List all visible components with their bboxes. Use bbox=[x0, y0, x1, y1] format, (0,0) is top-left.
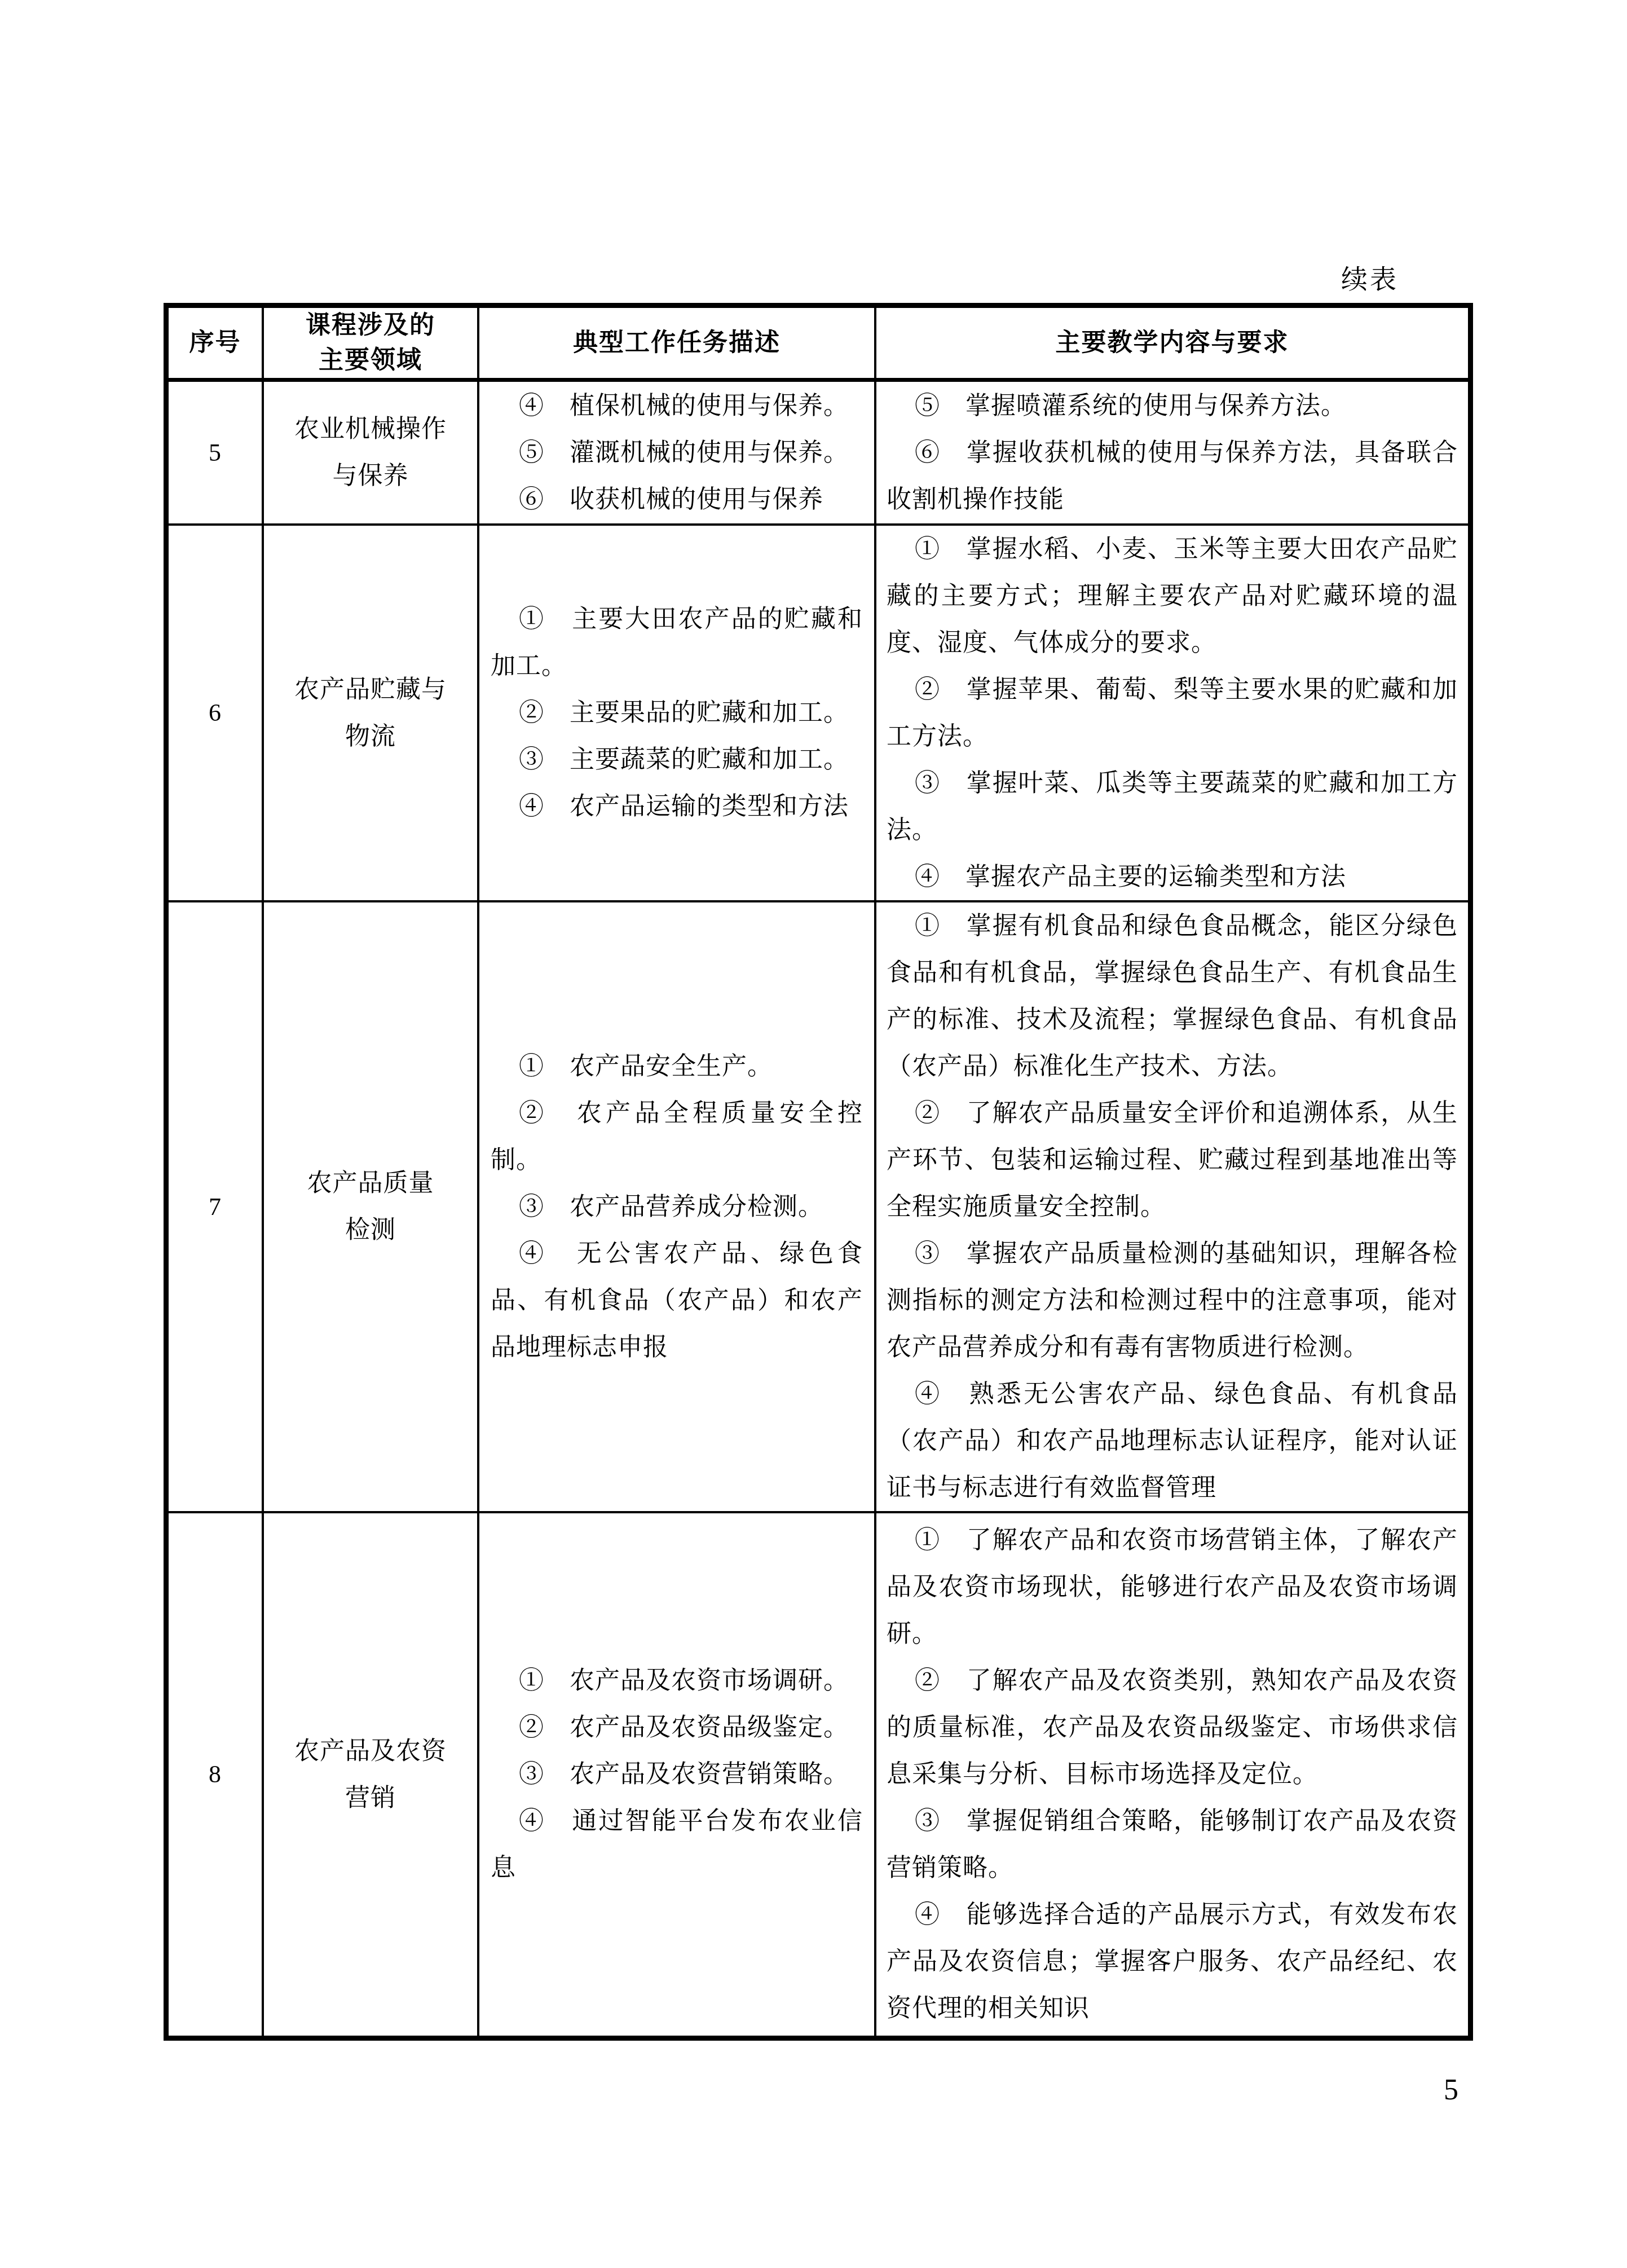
task-item: ③ 主要蔬菜的贮藏和加工。 bbox=[479, 736, 874, 783]
task-item: ④ 无公害农产品、绿色食品、有机食品（农产品）和农产品地理标志申报 bbox=[479, 1230, 874, 1371]
table-row-6: 6 农产品贮藏与 物流 ① 主要大田农产品的贮藏和加工。 ② 主要果品的贮藏和加… bbox=[166, 525, 1471, 901]
column-header-tasks: 典型工作任务描述 bbox=[478, 306, 875, 380]
content-item: ② 了解农产品及农资类别，熟知农产品及农资的质量标准，农产品及农资品级鉴定、市场… bbox=[876, 1657, 1468, 1798]
document-page: 续表 序号 课程涉及的 主要领域 典型工作任务描述 主要教学内容与要求 5 农业… bbox=[0, 0, 1627, 2268]
row-index-cell: 7 bbox=[166, 901, 263, 1512]
content-item: ④ 熟悉无公害农产品、绿色食品、有机食品（农产品）和农产品地理标志认证程序，能对… bbox=[876, 1371, 1468, 1511]
content-item: ⑥ 掌握收获机械的使用与保养方法，具备联合收割机操作技能 bbox=[876, 429, 1468, 523]
row-index-cell: 5 bbox=[166, 380, 263, 525]
content-cell: ① 掌握有机食品和绿色食品概念，能区分绿色食品和有机食品，掌握绿色食品生产、有机… bbox=[875, 901, 1471, 1512]
content-cell: ⑤ 掌握喷灌系统的使用与保养方法。 ⑥ 掌握收获机械的使用与保养方法，具备联合收… bbox=[875, 380, 1471, 525]
task-item: ④ 通过智能平台发布农业信息 bbox=[479, 1798, 874, 1891]
domain-line: 与保养 bbox=[264, 452, 477, 499]
task-item: ④ 植保机械的使用与保养。 bbox=[479, 382, 874, 429]
column-header-domain-line2: 主要领域 bbox=[264, 343, 477, 378]
task-item: ① 农产品及农资市场调研。 bbox=[479, 1657, 874, 1704]
table-row-8: 8 农产品及农资 营销 ① 农产品及农资市场调研。 ② 农产品及农资品级鉴定。 … bbox=[166, 1512, 1471, 2038]
course-table: 序号 课程涉及的 主要领域 典型工作任务描述 主要教学内容与要求 5 农业机械操… bbox=[164, 303, 1473, 2041]
content-item: ② 了解农产品质量安全评价和追溯体系，从生产环节、包装和运输过程、贮藏过程到基地… bbox=[876, 1090, 1468, 1230]
task-item: ④ 农产品运输的类型和方法 bbox=[479, 783, 874, 830]
content-item: ③ 掌握促销组合策略，能够制订农产品及农资营销策略。 bbox=[876, 1798, 1468, 1891]
tasks-cell: ④ 植保机械的使用与保养。 ⑤ 灌溉机械的使用与保养。 ⑥ 收获机械的使用与保养 bbox=[478, 380, 875, 525]
domain-line: 农产品及农资 bbox=[264, 1728, 477, 1774]
table-header-row: 序号 课程涉及的 主要领域 典型工作任务描述 主要教学内容与要求 bbox=[166, 306, 1471, 380]
domain-line: 农产品贮藏与 bbox=[264, 666, 477, 713]
task-item: ② 农产品全程质量安全控制。 bbox=[479, 1090, 874, 1183]
content-item: ③ 掌握叶菜、瓜类等主要蔬菜的贮藏和加工方法。 bbox=[876, 760, 1468, 853]
content-item: ④ 掌握农产品主要的运输类型和方法 bbox=[876, 853, 1468, 900]
content-item: ① 掌握水稻、小麦、玉米等主要大田农产品贮藏的主要方式；理解主要农产品对贮藏环境… bbox=[876, 526, 1468, 666]
content-item: ① 掌握有机食品和绿色食品概念，能区分绿色食品和有机食品，掌握绿色食品生产、有机… bbox=[876, 902, 1468, 1090]
task-item: ⑤ 灌溉机械的使用与保养。 bbox=[479, 429, 874, 476]
content-cell: ① 掌握水稻、小麦、玉米等主要大田农产品贮藏的主要方式；理解主要农产品对贮藏环境… bbox=[875, 525, 1471, 901]
content-cell: ① 了解农产品和农资市场营销主体，了解农产品及农资市场现状，能够进行农产品及农资… bbox=[875, 1512, 1471, 2038]
tasks-cell: ① 农产品安全生产。 ② 农产品全程质量安全控制。 ③ 农产品营养成分检测。 ④… bbox=[478, 901, 875, 1512]
task-item: ① 主要大田农产品的贮藏和加工。 bbox=[479, 596, 874, 689]
domain-line: 检测 bbox=[264, 1206, 477, 1253]
task-item: ③ 农产品营养成分检测。 bbox=[479, 1183, 874, 1230]
column-header-index: 序号 bbox=[166, 306, 263, 380]
table-row-5: 5 农业机械操作 与保养 ④ 植保机械的使用与保养。 ⑤ 灌溉机械的使用与保养。… bbox=[166, 380, 1471, 525]
continued-table-label: 续表 bbox=[1341, 258, 1399, 296]
page-number: 5 bbox=[1444, 2073, 1458, 2107]
row-index-cell: 8 bbox=[166, 1512, 263, 2038]
domain-cell: 农产品贮藏与 物流 bbox=[263, 525, 478, 901]
task-item: ① 农产品安全生产。 bbox=[479, 1043, 874, 1090]
column-header-content: 主要教学内容与要求 bbox=[875, 306, 1471, 380]
column-header-domain: 课程涉及的 主要领域 bbox=[263, 306, 478, 380]
table-row-7: 7 农产品质量 检测 ① 农产品安全生产。 ② 农产品全程质量安全控制。 ③ 农… bbox=[166, 901, 1471, 1512]
content-item: ③ 掌握农产品质量检测的基础知识，理解各检测指标的测定方法和检测过程中的注意事项… bbox=[876, 1230, 1468, 1371]
domain-line: 营销 bbox=[264, 1774, 477, 1821]
domain-line: 农产品质量 bbox=[264, 1160, 477, 1206]
domain-line: 农业机械操作 bbox=[264, 406, 477, 452]
task-item: ② 农产品及农资品级鉴定。 bbox=[479, 1704, 874, 1751]
task-item: ② 主要果品的贮藏和加工。 bbox=[479, 689, 874, 736]
task-item: ③ 农产品及农资营销策略。 bbox=[479, 1751, 874, 1798]
domain-cell: 农业机械操作 与保养 bbox=[263, 380, 478, 525]
domain-line: 物流 bbox=[264, 713, 477, 760]
content-item: ② 掌握苹果、葡萄、梨等主要水果的贮藏和加工方法。 bbox=[876, 666, 1468, 760]
tasks-cell: ① 主要大田农产品的贮藏和加工。 ② 主要果品的贮藏和加工。 ③ 主要蔬菜的贮藏… bbox=[478, 525, 875, 901]
column-header-domain-line1: 课程涉及的 bbox=[264, 308, 477, 343]
content-item: ⑤ 掌握喷灌系统的使用与保养方法。 bbox=[876, 382, 1468, 429]
row-index-cell: 6 bbox=[166, 525, 263, 901]
content-item: ① 了解农产品和农资市场营销主体，了解农产品及农资市场现状，能够进行农产品及农资… bbox=[876, 1517, 1468, 1657]
domain-cell: 农产品及农资 营销 bbox=[263, 1512, 478, 2038]
task-item: ⑥ 收获机械的使用与保养 bbox=[479, 476, 874, 523]
content-item: ④ 能够选择合适的产品展示方式，有效发布农产品及农资信息；掌握客户服务、农产品经… bbox=[876, 1891, 1468, 2032]
domain-cell: 农产品质量 检测 bbox=[263, 901, 478, 1512]
tasks-cell: ① 农产品及农资市场调研。 ② 农产品及农资品级鉴定。 ③ 农产品及农资营销策略… bbox=[478, 1512, 875, 2038]
